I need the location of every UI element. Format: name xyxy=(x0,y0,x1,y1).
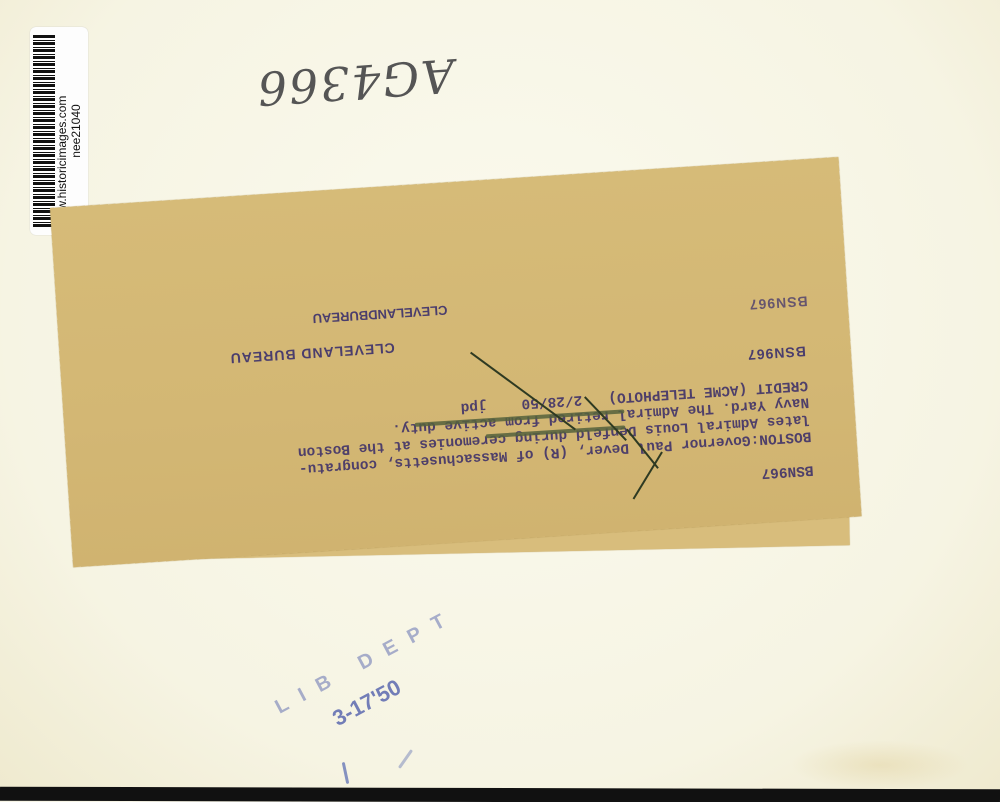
barcode-label: www.historicimages.com nee21040 xyxy=(30,27,88,235)
stamp-code-1: BSN967 xyxy=(747,344,807,364)
caption-slip: BSN967 BOSTON:Governor Paul Dever, (R) o… xyxy=(50,157,862,567)
barcode-icon xyxy=(33,35,55,227)
water-stain xyxy=(790,740,970,790)
label-url: www.historicimages.com xyxy=(55,35,69,227)
pencil-x-mark xyxy=(633,451,663,499)
stamp-cleveland-bureau-2: CLEVELANDBUREAU xyxy=(312,303,448,327)
stamp-cleveland-bureau: CLEVELAND BUREAU xyxy=(229,340,395,367)
stamp-code-2: BSN967 xyxy=(748,293,808,313)
caption-line-code: BSN967 xyxy=(761,460,814,480)
scan-edge xyxy=(0,787,1000,802)
label-id: nee21040 xyxy=(69,35,83,227)
